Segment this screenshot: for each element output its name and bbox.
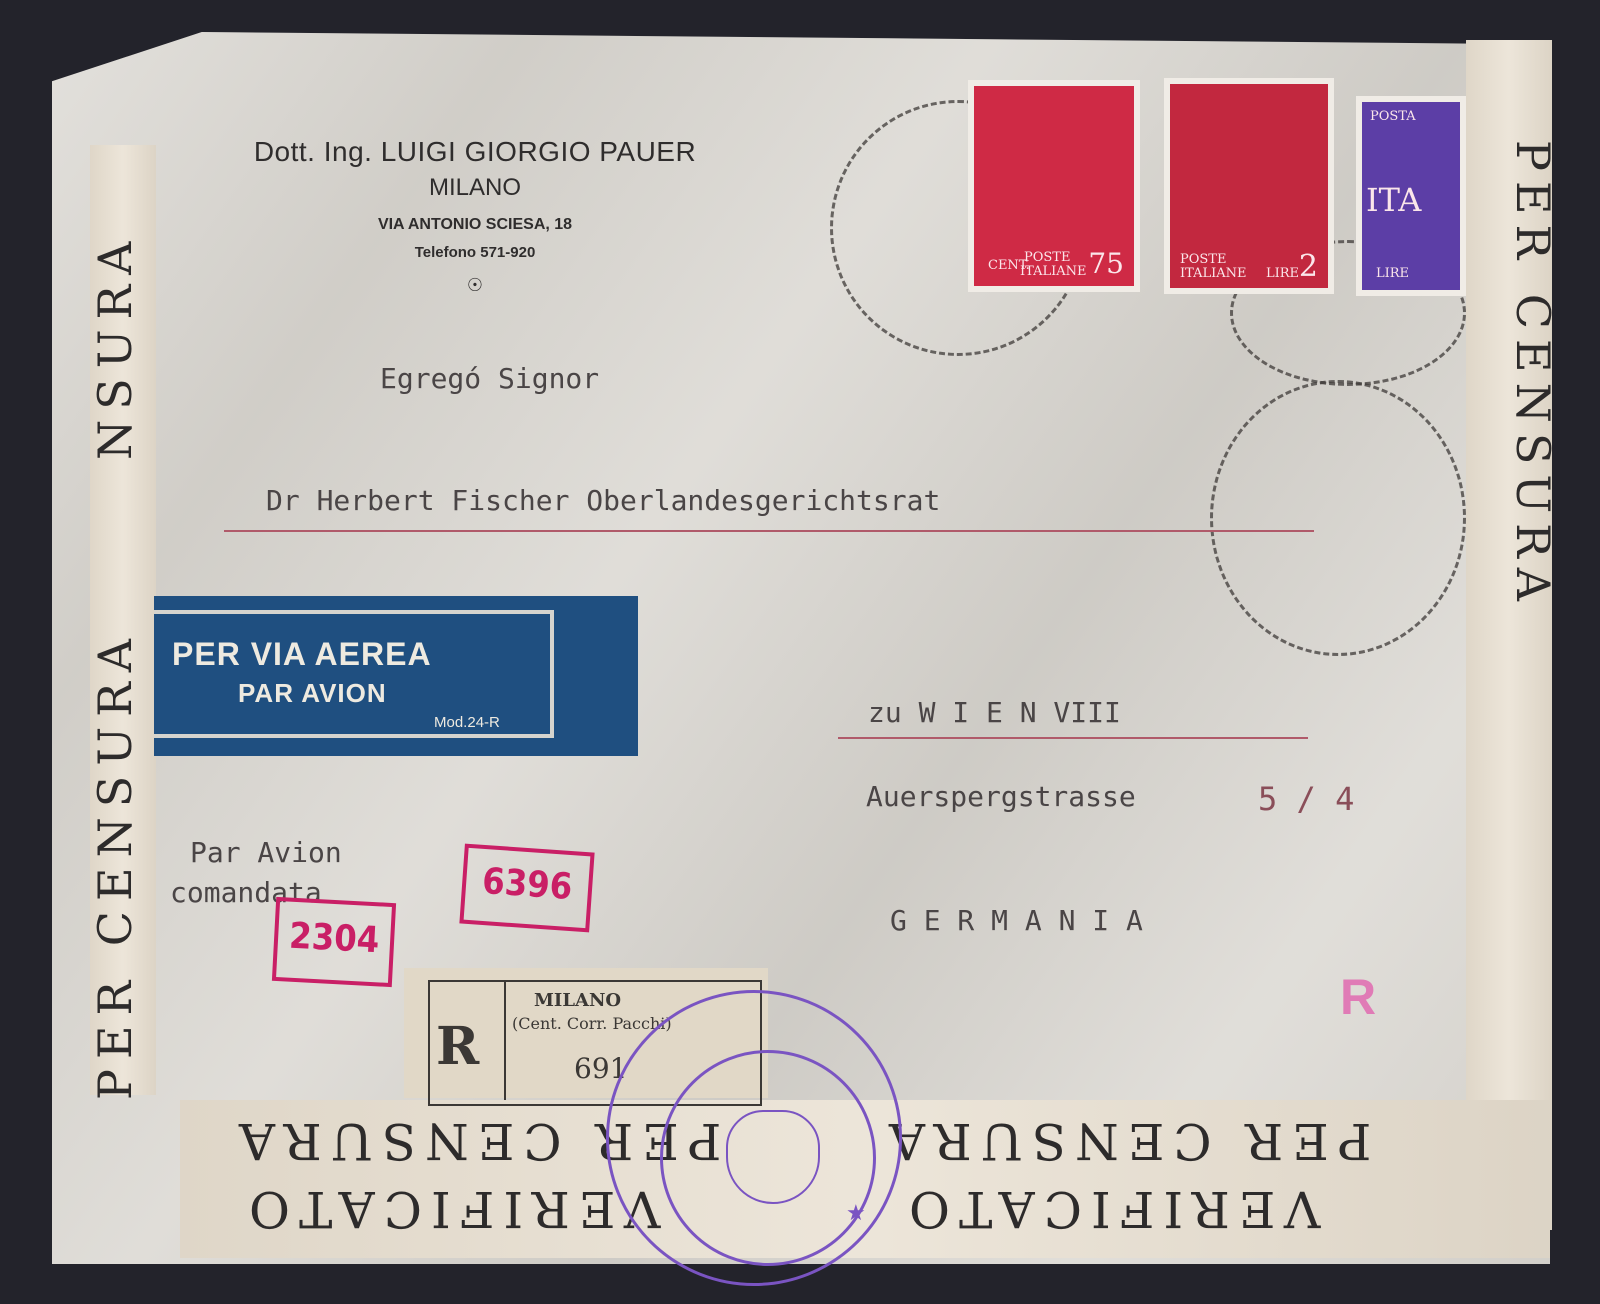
letterhead: Dott. Ing. LUIGI GIORGIO PAUER MILANO VI… bbox=[180, 136, 770, 296]
note-par-avion: Par Avion bbox=[190, 836, 342, 869]
sender-phone: Telefono 571-920 bbox=[180, 244, 770, 261]
airmail-line-1: PER VIA AEREA bbox=[172, 636, 432, 673]
recipient-name: Dr Herbert Fischer Oberlandesgerichtsrat bbox=[266, 484, 940, 517]
registration-office: MILANO bbox=[534, 990, 621, 1011]
recipient-street-number: 5 / 4 bbox=[1258, 780, 1354, 818]
postage-stamp-violet: POSTA ITA LIRE bbox=[1356, 96, 1466, 296]
censor-text-bottom-per-censura-2: PER CENSURA bbox=[880, 1112, 1371, 1170]
registration-divider bbox=[504, 980, 506, 1100]
censor-text-left: PER CENSURA bbox=[88, 629, 142, 1100]
airmail-model: Mod.24-R bbox=[434, 714, 500, 731]
postage-stamp-75c: CENT. POSTE ITALIANE 75 bbox=[968, 80, 1140, 292]
registered-mark: R bbox=[1340, 968, 1376, 1026]
recipient-country: G E R M A N I A bbox=[890, 904, 1143, 937]
coat-of-arms-icon bbox=[726, 1110, 820, 1204]
sender-name: Dott. Ing. LUIGI GIORGIO PAUER bbox=[180, 136, 770, 168]
sender-address: VIA ANTONIO SCIESA, 18 bbox=[180, 216, 770, 234]
sender-city: MILANO bbox=[180, 174, 770, 202]
airmail-label: PER VIA AEREA PAR AVION Mod.24-R bbox=[154, 596, 638, 756]
postage-stamp-2-lire: POSTE ITALIANE LIRE 2 bbox=[1164, 78, 1334, 294]
postmark-3 bbox=[1210, 380, 1466, 656]
star-icon: ★ bbox=[846, 1200, 866, 1226]
censor-text-left-upper: NSURA bbox=[88, 232, 142, 460]
registration-letter: R bbox=[436, 1016, 479, 1077]
recipient-city: zu W I E N VIII bbox=[868, 696, 1121, 729]
recipient-underline bbox=[224, 530, 1314, 532]
box-stamp-2304: 2304 bbox=[272, 897, 396, 987]
salutation: Egregó Signor bbox=[380, 362, 599, 395]
box-stamp-6396: 6396 bbox=[459, 844, 594, 933]
recipient-street: Auerspergstrasse bbox=[866, 780, 1136, 813]
circle-dot-icon: ☉ bbox=[180, 275, 770, 296]
censor-text-bottom-verificato-2: VERIFICATO bbox=[900, 1180, 1320, 1238]
censor-text-bottom-verificato-1: VERIFICATO bbox=[240, 1180, 660, 1238]
airmail-line-2: PAR AVION bbox=[238, 678, 387, 709]
registration-branch: (Cent. Corr. Pacchi) bbox=[512, 1014, 672, 1033]
city-underline bbox=[838, 737, 1308, 739]
censor-text-right: PER CENSURA bbox=[1506, 140, 1560, 611]
